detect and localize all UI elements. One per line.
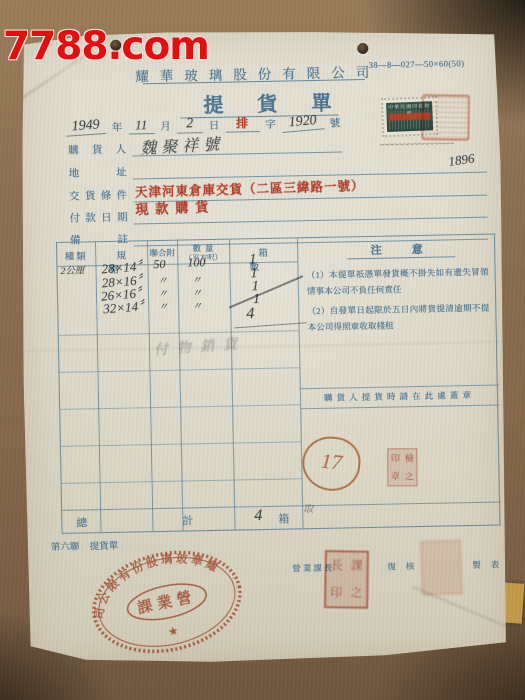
oval-seal-star: ★ [166,623,179,639]
series-stamp: 排 [225,114,259,133]
address-line: 1896 [132,154,486,180]
seal-char: 章 [391,471,400,482]
seal-char: 印 [391,453,400,464]
table-vline [229,240,236,530]
notice-title: 注意 [297,240,496,260]
col-boxes: 箱數 [229,244,298,273]
seal-char: 之 [405,471,414,482]
chief-seal: 課 長 之 印 [324,550,369,609]
month-value: 11 [128,117,154,134]
pencil-note: 付物銷貨 [153,333,246,360]
small-pencil-mark: 取 [303,500,313,515]
payment-value: 現款購貨 [135,196,216,218]
circled-number-value: 17 [320,449,343,475]
seal-char: 長 [331,558,343,573]
zi-char: 字 [265,117,276,132]
buyer-line: 魏聚祥號 [132,133,342,156]
tally-slash [229,275,303,308]
cell-per: 50 [153,257,165,272]
copy-number: 第六聯 [51,543,80,554]
cell-qty: 100 [187,255,205,270]
total-ji: 計 [182,512,193,528]
payment-label: 付款日期 [69,210,127,226]
hao-char: 號 [330,115,341,130]
buyer-value: 魏聚祥號 [140,131,225,159]
watermark: 7788.com [3,24,209,69]
stampbox-rule [300,404,499,409]
cell-qty: 〃 [192,297,202,312]
cell-per: 〃 [158,298,168,313]
sig-label-review: 復核 [387,560,424,573]
footer-copy: 第六聯 提貨單 [51,538,119,553]
total-unit: 箱 [278,511,289,527]
total-value: 4 [254,507,262,525]
table-vline [177,241,184,531]
cell-size: 32×14〞 [103,295,152,317]
table-vline [297,238,304,528]
sig-label-prepare: 製表 [472,558,509,571]
stamp-here-text: 購貨人提貨時請在此處蓋章 [300,388,499,404]
subtotal-value: 4 [246,305,254,323]
col-kind: 種類 [57,248,95,263]
year-value: 1949 [65,117,106,137]
inspection-seal: 檢 印 之 章 [387,448,417,486]
day-value: 2 [177,116,203,133]
review-seal [420,540,462,595]
items-table: 種類 規格 聯合附 數量 （平方呎） 箱數 注意 （1）本提單祇憑單發貨概不掛失… [56,234,501,534]
punch-hole [357,43,368,54]
buyer-label: 購貨人 [68,142,126,158]
seal-char: 印 [330,585,342,600]
cell-kind: 2公厘 [60,262,84,276]
serial-number: 1920 [281,112,324,133]
month-suffix: 月 [160,119,171,134]
year-suffix: 年 [112,120,123,135]
notice-item-2: （2）自發單日起限於五日內將貨提清逾期不提本公司得照章收取棧租 [307,301,490,336]
delivery-label: 交貨條件 [69,188,127,204]
seal-char: 之 [350,586,362,601]
address-note: 1896 [447,150,475,170]
seal-char: 檢 [405,453,414,464]
seal-char: 課 [351,559,363,574]
photo-scene: 7788.com 耀華玻璃股份有限公司 提貨單 38—8—027—50×60(5… [0,0,525,700]
document-paper: 耀華玻璃股份有限公司 提貨單 38—8—027—50×60(50) 中華民國印花… [16,25,510,666]
form-code: 38—8—027—50×60(50) [369,58,465,70]
address-label: 地址 [69,165,127,181]
doc-name: 提貨單 [90,542,119,553]
subtotal-underline [235,322,307,328]
total-rule [62,501,501,510]
notice-item-1: （1）本提單祇憑單發貨概不掛失如有遺失冒領情事本公司不負任何責任 [307,265,490,300]
total-zong: 總 [76,514,87,530]
